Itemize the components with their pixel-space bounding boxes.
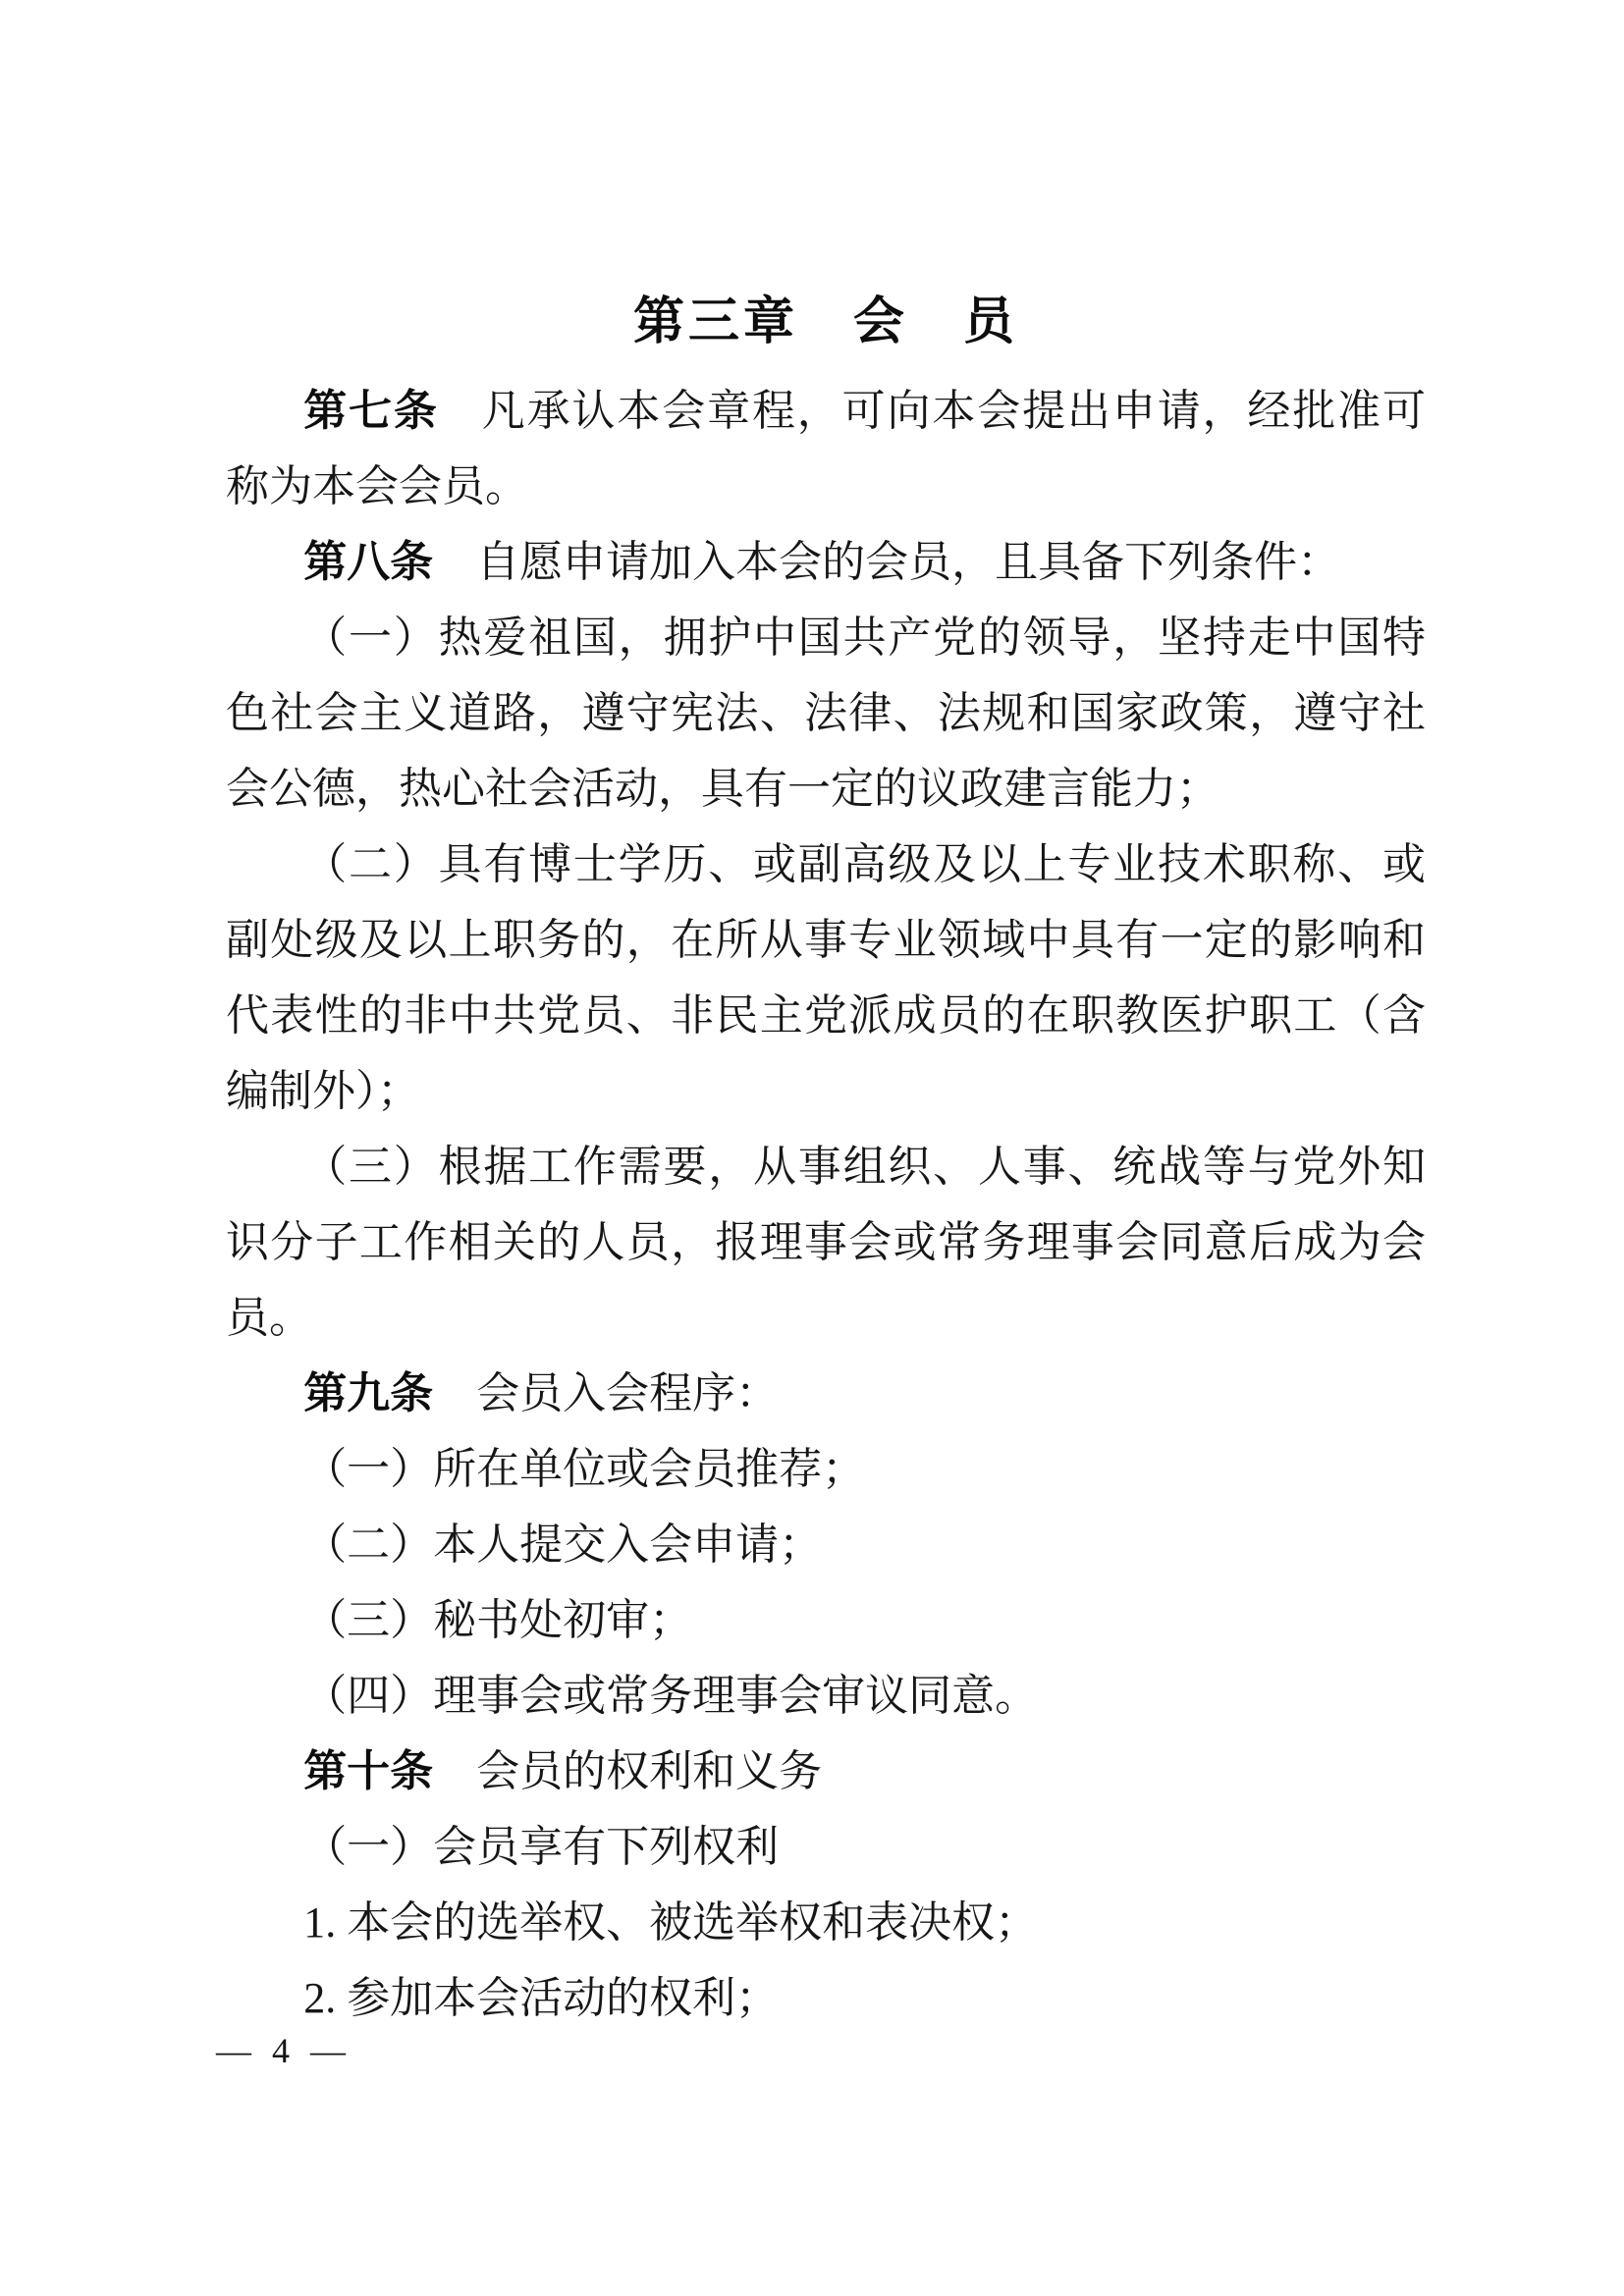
paragraph-text: （一）会员享有下列权利 bbox=[303, 1823, 779, 1871]
paragraph-text: 1. 本会的选举权、被选举权和表决权； bbox=[303, 1898, 1038, 1947]
document-body: 第三章 会 员 第七条凡承认本会章程，可向本会提出申请，经批准可称为本会会员。 … bbox=[226, 287, 1426, 2036]
article-number: 第八条 bbox=[303, 538, 433, 586]
article-number: 第七条 bbox=[303, 387, 439, 435]
paragraph-text: 会员入会程序： bbox=[476, 1369, 779, 1417]
paragraph-text: （四）理事会或常务理事会审议同意。 bbox=[303, 1672, 1038, 1720]
paragraph-right-1: 1. 本会的选举权、被选举权和表决权； bbox=[226, 1885, 1426, 1960]
paragraph-procedure-3: （三）秘书处初审； bbox=[226, 1582, 1426, 1658]
document-page: 第三章 会 员 第七条凡承认本会章程，可向本会提出申请，经批准可称为本会会员。 … bbox=[0, 0, 1624, 2296]
paragraph-procedure-2: （二）本人提交入会申请； bbox=[226, 1507, 1426, 1582]
paragraph-item-2: （二）具有博士学历、或副高级及以上专业技术职称、或副处级及以上职务的，在所从事专… bbox=[226, 827, 1426, 1129]
chapter-title: 第三章 会 员 bbox=[226, 287, 1426, 357]
paragraph-text: 会员的权利和义务 bbox=[476, 1747, 822, 1795]
paragraph-text: （一）热爱祖国，拥护中国共产党的领导，坚持走中国特色社会主义道路，遵守宪法、法律… bbox=[226, 614, 1426, 813]
paragraph-procedure-1: （一）所在单位或会员推荐； bbox=[226, 1431, 1426, 1507]
paragraph-right-2: 2. 参加本会活动的权利； bbox=[226, 1960, 1426, 2036]
paragraph-item-1: （一）热爱祖国，拥护中国共产党的领导，坚持走中国特色社会主义道路，遵守宪法、法律… bbox=[226, 600, 1426, 827]
paragraph-procedure-4: （四）理事会或常务理事会审议同意。 bbox=[226, 1658, 1426, 1734]
paragraph-rights-intro: （一）会员享有下列权利 bbox=[226, 1809, 1426, 1885]
paragraph-text: 自愿申请加入本会的会员，且具备下列条件： bbox=[476, 538, 1340, 586]
paragraph-text: （二）具有博士学历、或副高级及以上专业技术职称、或副处级及以上职务的，在所从事专… bbox=[226, 840, 1426, 1115]
paragraph-article-7: 第七条凡承认本会章程，可向本会提出申请，经批准可称为本会会员。 bbox=[226, 373, 1426, 524]
paragraph-item-3: （三）根据工作需要，从事组织、人事、统战等与党外知识分子工作相关的人员，报理事会… bbox=[226, 1129, 1426, 1356]
paragraph-text: （三）根据工作需要，从事组织、人事、统战等与党外知识分子工作相关的人员，报理事会… bbox=[226, 1143, 1426, 1342]
article-number: 第九条 bbox=[303, 1369, 433, 1417]
paragraph-article-9: 第九条会员入会程序： bbox=[226, 1356, 1426, 1431]
page-number: — 4 — bbox=[216, 2030, 352, 2071]
paragraph-article-8: 第八条自愿申请加入本会的会员，且具备下列条件： bbox=[226, 524, 1426, 600]
paragraph-article-10: 第十条会员的权利和义务 bbox=[226, 1734, 1426, 1809]
article-number: 第十条 bbox=[303, 1747, 433, 1795]
paragraph-text: （二）本人提交入会申请； bbox=[303, 1521, 822, 1569]
paragraph-text: （一）所在单位或会员推荐； bbox=[303, 1445, 865, 1493]
paragraph-text: 2. 参加本会活动的权利； bbox=[303, 1974, 779, 2022]
paragraph-text: （三）秘书处初审； bbox=[303, 1596, 692, 1644]
